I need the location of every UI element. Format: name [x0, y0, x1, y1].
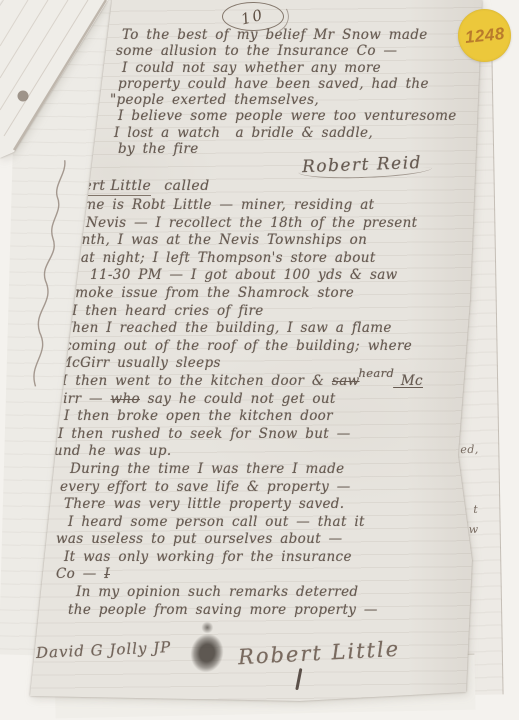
manuscript-line: I lost a watch a bridle & saddle, — [114, 125, 519, 141]
manuscript-line: When I reached the building, I saw a fla… — [58, 320, 519, 338]
manuscript-line: Girr — who say he could not get out — [52, 391, 519, 409]
testimony-little: My name is Robt Little — miner, residing… — [0, 197, 519, 619]
manuscript-line: In my opinion such remarks deterred — [76, 584, 519, 602]
manuscript-line: property could have been saved, had the — [118, 76, 519, 92]
strikethrough-word: who — [111, 391, 140, 407]
manuscript-line: 11-30 PM — I got about 100 yds & saw — [90, 267, 519, 285]
manuscript-line: It was only working for the insurance — [64, 549, 519, 567]
section-heading: Robert Littlecalled — [54, 178, 210, 194]
manuscript-line: month, I was at the Nevis Townships on — [60, 232, 519, 250]
page-number: 10 — [240, 5, 267, 28]
strikethrough-word: saw — [332, 373, 360, 389]
manuscript-line: "people exerted themselves, — [110, 92, 519, 108]
catalog-number: 1248 — [464, 23, 506, 47]
manuscript-line: I then broke open the kitchen door — [64, 408, 519, 426]
page-number-badge: 10 — [222, 2, 284, 31]
manuscript-line: I could not say whether any more — [122, 60, 519, 76]
manuscript-line: coming out of the roof of the building; … — [64, 338, 519, 356]
manuscript-line: some allusion to the Insurance Co — — [116, 43, 519, 59]
manuscript-line: Co — I — [56, 566, 519, 584]
manuscript-line: that night; I left Thompson's store abou… — [66, 250, 519, 268]
manuscript-line: every effort to save life & property — — [60, 479, 519, 497]
manuscript-line: My name is Robt Little — miner, residing… — [36, 197, 519, 215]
manuscript-line: was useless to put ourselves about — — [56, 531, 519, 549]
manuscript-line: I then rushed to seek for Snow but — — [58, 426, 519, 444]
manuscript-line: Nevis — I recollect the 18th of the pres… — [86, 215, 519, 233]
manuscript-line: I heard some person call out — that it — [68, 514, 519, 532]
manuscript-page-scan: ed, t w To the best of my belief Mr Snow… — [0, 0, 519, 720]
manuscript-line: the people from saving more property — — [68, 602, 519, 620]
manuscript-line: During the time I was there I made — [70, 461, 519, 479]
folded-corner — [0, 0, 122, 170]
signature-robert-reid: Robert Reid — [302, 153, 423, 177]
manuscript-line: I believe some people were too ventureso… — [118, 108, 519, 124]
ink-blot — [181, 624, 232, 682]
manuscript-line: I then went to the kitchen door & sawhea… — [62, 373, 519, 391]
manuscript-line: There was very little property saved. — [64, 496, 519, 514]
signature-david-jolly: David G Jolly JP — [36, 638, 172, 662]
catalog-sticker: 1248 — [458, 9, 511, 62]
manuscript-line: McGirr usually sleeps — [58, 355, 519, 373]
manuscript-line: I then heard cries of fire — [72, 303, 519, 321]
manuscript-line: found he was up. — [40, 443, 519, 461]
strikethrough-word: I — [104, 566, 110, 582]
inserted-word: heard — [359, 366, 395, 380]
manuscript-line: by the fire — [118, 141, 519, 157]
document-sheet: To the best of my belief Mr Snow made so… — [0, 0, 519, 720]
manuscript-line: smoke issue from the Shamrock store — [68, 285, 519, 303]
witness-name: Robert Little — [54, 178, 151, 196]
punch-hole — [18, 91, 29, 102]
signature-robert-little: Robert Little — [237, 637, 400, 669]
